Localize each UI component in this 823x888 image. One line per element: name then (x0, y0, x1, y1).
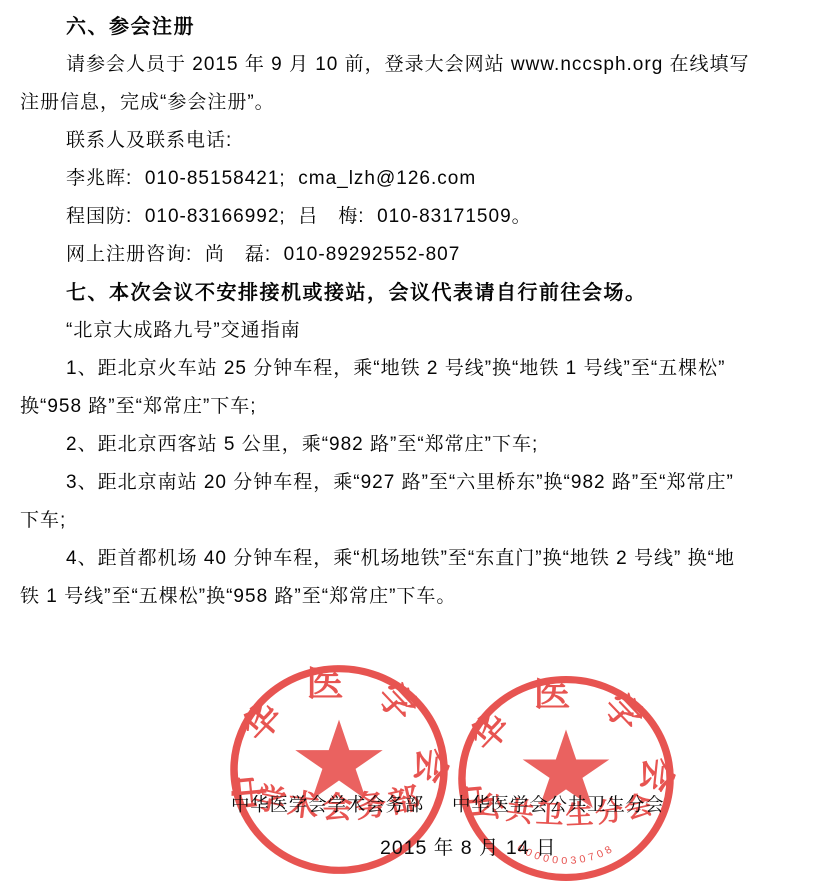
section-7-heading: 七、本次会议不安排接机或接站，会议代表请自行前往会场。 (20, 274, 815, 312)
contact-line: 网上注册咨询: 尚 磊: 010-89292552-807 (20, 236, 815, 274)
contact-header-line: 联系人及联系电话: (20, 122, 815, 160)
signature-date: 2015 年 8 月 14 日 (380, 832, 557, 860)
contact-line: 李兆晖: 010-85158421; cma_lzh@126.com (20, 160, 815, 198)
document-page: 六、参会注册 请参会人员于 2015 年 9 月 10 前，登录大会网站 www… (0, 0, 823, 888)
doc-line: 注册信息，完成“参会注册”。 (20, 84, 815, 122)
route-line: 4、距首都机场 40 分钟车程，乘“机场地铁”至“东直门”换“地铁 2 号线” … (20, 540, 815, 578)
route-line: 铁 1 号线”至“五棵松”换“958 路”至“郑常庄”下车。 (20, 578, 815, 616)
document-body: 六、参会注册 请参会人员于 2015 年 9 月 10 前，登录大会网站 www… (20, 8, 815, 616)
route-line: 3、距北京南站 20 分钟车程，乘“927 路”至“六里桥东”换“982 路”至… (20, 464, 815, 502)
route-line: 换“958 路”至“郑常庄”下车; (20, 388, 815, 426)
signature-organizations: 中华医学会学术会务部 中华医学会公共卫生分会 (231, 791, 664, 817)
section-6-heading: 六、参会注册 (20, 8, 815, 46)
organizer-public-health-branch: 中华医学会公共卫生分会 (452, 791, 664, 817)
route-line: 下车; (20, 502, 815, 540)
contact-line: 程国防: 010-83166992; 吕 梅: 010-83171509。 (20, 198, 815, 236)
organizer-academic-affairs-dept: 中华医学会学术会务部 (231, 791, 424, 817)
route-line: 1、距北京火车站 25 分钟车程，乘“地铁 2 号线”换“地铁 1 号线”至“五… (20, 350, 815, 388)
doc-line: 请参会人员于 2015 年 9 月 10 前，登录大会网站 www.nccsph… (20, 46, 815, 84)
route-line: 2、距北京西客站 5 公里，乘“982 路”至“郑常庄”下车; (20, 426, 815, 464)
traffic-guide-title: “北京大成路九号”交通指南 (20, 312, 815, 350)
star-icon (295, 720, 382, 800)
